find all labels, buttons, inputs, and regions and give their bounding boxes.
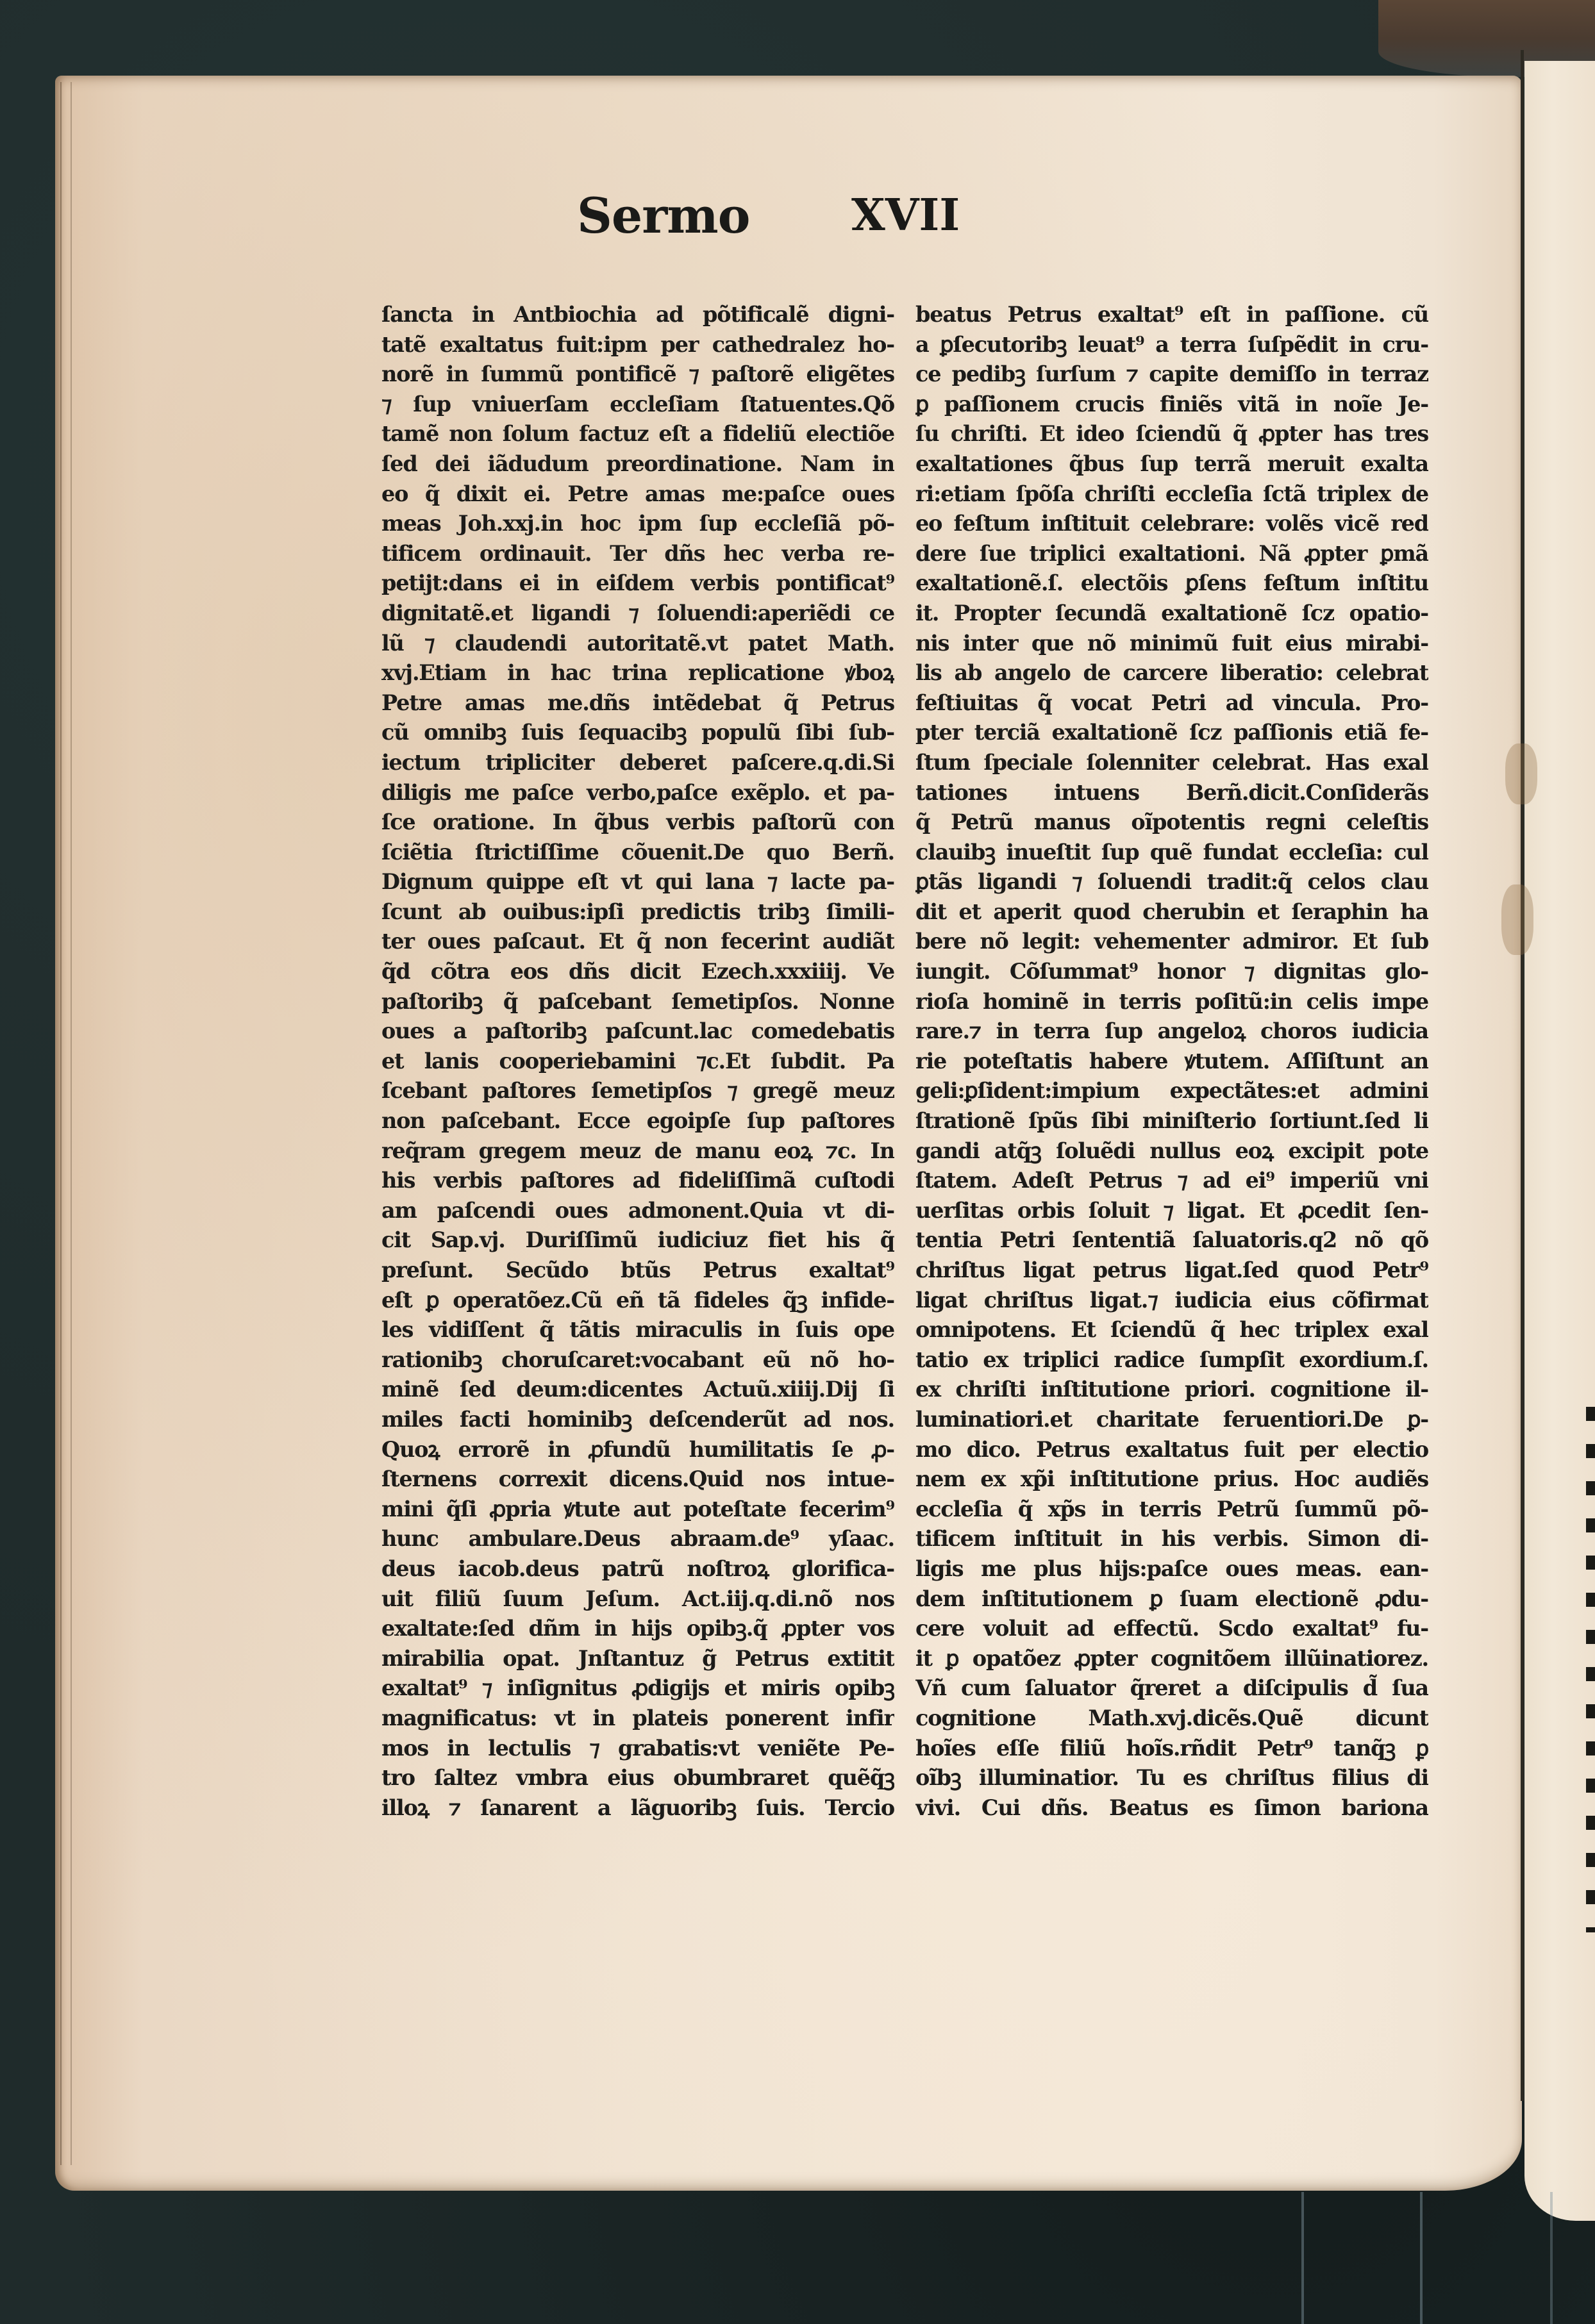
text-line: ſu chriſti. Et ideo ſciendũ q̃ ꝓpter has… bbox=[915, 419, 1428, 449]
text-line: exaltat⁹ ⁊ inſignitus ꝓdigijs et miris o… bbox=[381, 1673, 894, 1704]
text-line: tationes intuens Berñ.dicit.Conſiderãs bbox=[915, 778, 1428, 808]
text-line: tro ſaltez vmbra eius obumbraret quẽq̃ꝫ bbox=[381, 1763, 894, 1793]
text-line: tentia Petri ſententiã ſaluatoris.q2 nõ … bbox=[915, 1225, 1428, 1256]
running-head-folio: XVII bbox=[851, 190, 960, 241]
gutter-fold bbox=[1521, 50, 1524, 2101]
facing-page-text-fragment bbox=[1586, 1407, 1595, 1932]
text-line: a ꝑſecutoribꝫ leuat⁹ a terra ſuſpẽdit in… bbox=[915, 330, 1428, 360]
text-line: cit Sap.vj. Duriſſimũ iudiciuz fiet his … bbox=[381, 1225, 894, 1256]
text-line: tamẽ non ſolum factuz eſt a fideliũ elec… bbox=[381, 419, 894, 449]
running-head-title: Sermo bbox=[577, 187, 749, 244]
text-line: q̃d cõtra eos dñs dicit Ezech.xxxiiij. V… bbox=[381, 957, 894, 987]
text-line: am paſcendi oues admonent.Quia vt di- bbox=[381, 1196, 894, 1226]
text-line: clauibꝫ inueſtit ſup quẽ fundat eccleſia… bbox=[915, 838, 1428, 868]
scan-background-bottom bbox=[0, 2192, 1595, 2324]
text-line: Dignum quippe eſt vt qui lana ⁊ lacte pa… bbox=[381, 867, 894, 897]
text-line: preſunt. Secũdo btũs Petrus exaltat⁹ bbox=[381, 1256, 894, 1286]
text-line: ligat chriſtus ligat.⁊ iudicia eius cõfi… bbox=[915, 1286, 1428, 1316]
text-line: his verbis paſtores ad fideliſſimã cuſto… bbox=[381, 1166, 894, 1196]
text-line: Vñ cum ſaluator q̃reret a diſcipulis d̃ … bbox=[915, 1673, 1428, 1704]
text-line: feſtiuitas q̃ vocat Petri ad vincula. Pr… bbox=[915, 688, 1428, 718]
text-line: nem ex xp̃i inſtitutione prius. Hoc audi… bbox=[915, 1465, 1428, 1495]
text-line: miles facti hominibꝫ deſcenderũt ad nos. bbox=[381, 1405, 894, 1435]
text-line: dignitatẽ.et ligandi ⁊ ſoluendi:aperiẽdi… bbox=[381, 599, 894, 629]
text-line: non paſcebant. Ecce egoipſe ſup paſtores bbox=[381, 1106, 894, 1136]
text-line: rare.⁊ in terra ſup angeloꝝ choros iudic… bbox=[915, 1017, 1428, 1047]
text-line: mini q̃ſi ꝓpria ꝟtute aut poteſtate fece… bbox=[381, 1495, 894, 1525]
text-line: paſtoribꝫ q̃ paſcebant ſemetipſos. Nonne bbox=[381, 987, 894, 1017]
text-line: q̃ Petrũ manus oĩpotentis regni celeſtis bbox=[915, 808, 1428, 838]
text-line: ſciẽtia ſtrictiſſime cõuenit.De quo Berñ… bbox=[381, 838, 894, 868]
text-line: Petre amas me.dñs intẽdebat q̃ Petrus bbox=[381, 688, 894, 718]
text-line: hunc ambulare.Deus abraam.de⁹ yſaac. bbox=[381, 1524, 894, 1554]
text-line: ſcebant paſtores ſemetipſos ⁊ gregẽ meuz bbox=[381, 1076, 894, 1106]
text-line: geli:ꝑſident:impium expectãtes:et admini bbox=[915, 1076, 1428, 1106]
text-line: ter oues paſcaut. Et q̃ non fecerint aud… bbox=[381, 927, 894, 957]
text-line: cere voluit ad effectũ. Scdo exaltat⁹ fu… bbox=[915, 1614, 1428, 1644]
text-line: ⁊ ſup vniuerſam eccleſiam ſtatuentes.Qõ bbox=[381, 390, 894, 420]
text-line: tificem inſtituit in his verbis. Simon d… bbox=[915, 1524, 1428, 1554]
text-line: ligis me plus hijs:paſce oues meas. ean- bbox=[915, 1554, 1428, 1584]
text-line: mirabilia opat. Jnſtantuz g̃ Petrus exti… bbox=[381, 1644, 894, 1674]
text-line: ꝑtãs ligandi ⁊ ſoluendi tradit:q̃ celos … bbox=[915, 867, 1428, 897]
text-line: dit et aperit quod cherubin et ſeraphin … bbox=[915, 897, 1428, 927]
text-line: nis inter que nõ minimũ fuit eius mirabi… bbox=[915, 629, 1428, 659]
text-line: Quoꝝ errorẽ in ꝓfundũ humilitatis ſe ꝓ- bbox=[381, 1435, 894, 1465]
text-line: uit filiũ ſuum Jeſum. Act.iij.q.di.nõ no… bbox=[381, 1584, 894, 1614]
text-line: omnipotens. Et ſciendũ q̃ hec triplex ex… bbox=[915, 1315, 1428, 1345]
text-line: eſt ꝑ operatõez.Cũ eñ tã fideles q̃ꝫ inf… bbox=[381, 1286, 894, 1316]
text-line: eccleſia q̃ xp̃s in terris Petrũ ſummũ p… bbox=[915, 1495, 1428, 1525]
facing-page-edge bbox=[1524, 61, 1595, 2221]
text-line: dem inſtitutionem ꝑ ſuam electionẽ ꝓdu- bbox=[915, 1584, 1428, 1614]
text-line: eo feſtum inſtituit celebrare: volẽs vic… bbox=[915, 509, 1428, 539]
text-column-right: beatus Petrus exaltat⁹ eſt in paſſione. … bbox=[915, 300, 1428, 1823]
text-line: exaltate:ſed dñm in hijs opibꝫ.q̃ ꝓpter … bbox=[381, 1614, 894, 1644]
text-line: les vidiſſent q̃ tãtis miraculis in ſuis… bbox=[381, 1315, 894, 1345]
text-line: tificem ordinauit. Ter dñs hec verba re- bbox=[381, 539, 894, 569]
text-line: bere nõ legit: vehementer admiror. Et ſu… bbox=[915, 927, 1428, 957]
text-line: eo q̃ dixit ei. Petre amas me:paſce oues bbox=[381, 479, 894, 510]
text-line: cũ omnibꝫ ſuis ſequacibꝫ populũ ſibi ſub… bbox=[381, 718, 894, 748]
text-line: vivi. Cui dñs. Beatus es ſimon bariona bbox=[915, 1793, 1428, 1823]
text-line: rationibꝫ choruſcaret:vocabant eũ nõ ho- bbox=[381, 1345, 894, 1375]
text-line: mos in lectulis ⁊ grabatis:vt veniẽte Pe… bbox=[381, 1734, 894, 1764]
text-line: ſce oratione. In q̃bus verbis paſtorũ co… bbox=[381, 808, 894, 838]
text-line: luminatiori.et charitate feruentiori.De … bbox=[915, 1405, 1428, 1435]
text-line: oĩbꝫ illuminatior. Tu es chriſtus filius… bbox=[915, 1763, 1428, 1793]
text-line: ſtrationẽ ſpũs ſibi miniſterio ſortiunt.… bbox=[915, 1106, 1428, 1136]
text-line: rioſa hominẽ in terris poſitũ:in celis i… bbox=[915, 987, 1428, 1017]
text-line: iectum tripliciter deberet paſcere.q.di.… bbox=[381, 748, 894, 778]
text-line: oues a paſtoribꝫ paſcunt.lac comedebatis bbox=[381, 1017, 894, 1047]
text-line: ſternens correxit dicens.Quid nos intue- bbox=[381, 1465, 894, 1495]
text-line: tatio ex triplici radice ſumpſit exordiu… bbox=[915, 1345, 1428, 1375]
text-line: petijt:dans ei in eiſdem verbis pontific… bbox=[381, 569, 894, 599]
text-line: ri:etiam ſpõſa chriſti eccleſia ſctã tri… bbox=[915, 479, 1428, 510]
text-line: uerſitas orbis ſoluit ⁊ ligat. Et ꝓcedit… bbox=[915, 1196, 1428, 1226]
text-line: ſtatem. Adeſt Petrus ⁊ ad ei⁹ imperiũ vn… bbox=[915, 1166, 1428, 1196]
text-line: hoĩes eſſe filiũ hoĩs.rñdit Petr⁹ tanq̃ꝫ… bbox=[915, 1734, 1428, 1764]
text-line: tatẽ exaltatus fuit:ipm per cathedralez … bbox=[381, 330, 894, 360]
water-stain bbox=[1505, 743, 1537, 804]
text-line: lũ ⁊ claudendi autoritatẽ.vt patet Math. bbox=[381, 629, 894, 659]
text-line: et lanis cooperiebamini ⁊c.Et ſubdit. Pa bbox=[381, 1047, 894, 1077]
text-line: gandi atq̃ꝫ ſoluẽdi nullus eoꝝ excipit p… bbox=[915, 1136, 1428, 1166]
text-line: rie poteſtatis habere ꝟtutem. Aſſiſtunt … bbox=[915, 1047, 1428, 1077]
text-line: pter terciã exaltationẽ ſcz paſſionis et… bbox=[915, 718, 1428, 748]
text-line: ex chriſti inſtitutione priori. cognitio… bbox=[915, 1375, 1428, 1405]
text-line: ꝑ paſſionem crucis finiẽs vitã in noĩe J… bbox=[915, 390, 1428, 420]
text-line: ſcunt ab ouibus:ipſi predictis tribꝫ ſim… bbox=[381, 897, 894, 927]
text-line: chriſtus ligat petrus ligat.ſed quod Pet… bbox=[915, 1256, 1428, 1286]
text-line: cognitione Math.xvj.dicẽs.Quẽ dicunt bbox=[915, 1704, 1428, 1734]
text-line: illoꝝ ⁊ ſanarent a lãguoribꝫ ſuis. Terci… bbox=[381, 1793, 894, 1823]
text-line: lis ab angelo de carcere liberatio: cele… bbox=[915, 658, 1428, 688]
text-line: req̃ram gregem meuz de manu eoꝝ ⁊c. In bbox=[381, 1136, 894, 1166]
text-line: diligis me paſce verbo,paſce exẽplo. et … bbox=[381, 778, 894, 808]
text-line: ſed dei iãdudum preordinatione. Nam in bbox=[381, 449, 894, 479]
text-line: ſancta in Antbiochia ad põtificalẽ digni… bbox=[381, 300, 894, 330]
text-line: mo dico. Petrus exaltatus fuit per elect… bbox=[915, 1435, 1428, 1465]
text-line: deus iacob.deus patrũ noſtroꝝ glorifica- bbox=[381, 1554, 894, 1584]
text-line: beatus Petrus exaltat⁹ eſt in paſſione. … bbox=[915, 300, 1428, 330]
text-line: dere ſue triplici exaltationi. Nã ꝓpter … bbox=[915, 539, 1428, 569]
text-column-left: ſancta in Antbiochia ad põtificalẽ digni… bbox=[381, 300, 894, 1823]
running-head: Sermo XVII bbox=[564, 187, 1333, 245]
text-line: exaltationẽ.ſ. electõis ꝑſens feſtum inſ… bbox=[915, 569, 1428, 599]
text-line: ſtum ſpeciale ſolenniter celebrat. Has e… bbox=[915, 748, 1428, 778]
text-line: norẽ in ſummũ pontificẽ ⁊ paſtorẽ eligẽt… bbox=[381, 360, 894, 390]
text-line: exaltationes q̃bus ſup terrã meruit exal… bbox=[915, 449, 1428, 479]
text-line: it ꝑ opatõez ꝓpter cognitõem illũinatior… bbox=[915, 1644, 1428, 1674]
text-line: minẽ ſed deum:dicentes Actuũ.xiiij.Dij ſ… bbox=[381, 1375, 894, 1405]
text-line: xvj.Etiam in hac trina replicatione ꝟboꝝ bbox=[381, 658, 894, 688]
text-line: iungit. Cõſummat⁹ honor ⁊ dignitas glo- bbox=[915, 957, 1428, 987]
text-line: magnificatus: vt in plateis ponerent inf… bbox=[381, 1704, 894, 1734]
text-line: ce pedibꝫ ſurſum ⁊ capite demiſſo in ter… bbox=[915, 360, 1428, 390]
text-line: it. Propter ſecundã exaltationẽ ſcz opat… bbox=[915, 599, 1428, 629]
water-stain bbox=[1501, 884, 1533, 955]
text-line: meas Joh.xxj.in hoc ipm ſup eccleſiã põ- bbox=[381, 509, 894, 539]
